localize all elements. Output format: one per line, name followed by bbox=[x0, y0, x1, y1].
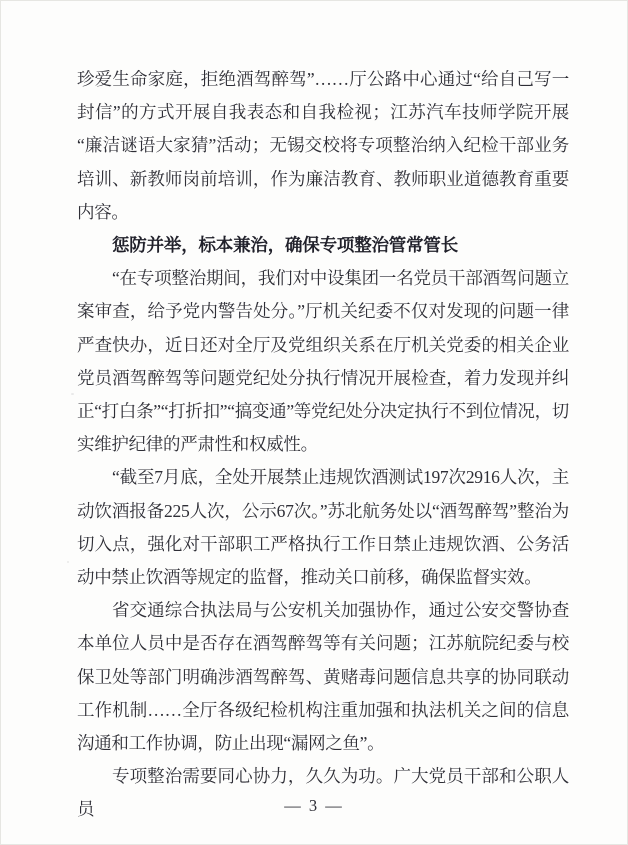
page-number: — 3 — bbox=[1, 796, 627, 816]
document-page: 珍爱生命家庭，拒绝酒驾醉驾”……厅公路中心通过“给自己写一封信”的方式开展自我表… bbox=[0, 0, 628, 845]
paragraph: “在专项整治期间，我们对中设集团一名党员干部酒驾问题立案审查，给予党内警告处分。… bbox=[77, 262, 569, 461]
scan-artifact bbox=[67, 561, 69, 563]
paragraph: “截至7月底，全处开展禁止违规饮酒测试197次2916人次，主动饮酒报备225人… bbox=[77, 461, 569, 594]
scan-artifact bbox=[71, 393, 74, 395]
paragraph: 专项整治需要同心协力，久久为功。广大党员干部和公职人员 bbox=[77, 760, 569, 826]
paragraph: 省交通综合执法局与公安机关加强协作，通过公安交警协查本单位人员中是否存在酒驾醉驾… bbox=[77, 594, 569, 760]
paragraph-continuation: 珍爱生命家庭，拒绝酒驾醉驾”……厅公路中心通过“给自己写一封信”的方式开展自我表… bbox=[77, 63, 569, 229]
section-heading: 惩防并举，标本兼治，确保专项整治管常管长 bbox=[77, 229, 569, 262]
page-body: 珍爱生命家庭，拒绝酒驾醉驾”……厅公路中心通过“给自己写一封信”的方式开展自我表… bbox=[77, 63, 569, 827]
